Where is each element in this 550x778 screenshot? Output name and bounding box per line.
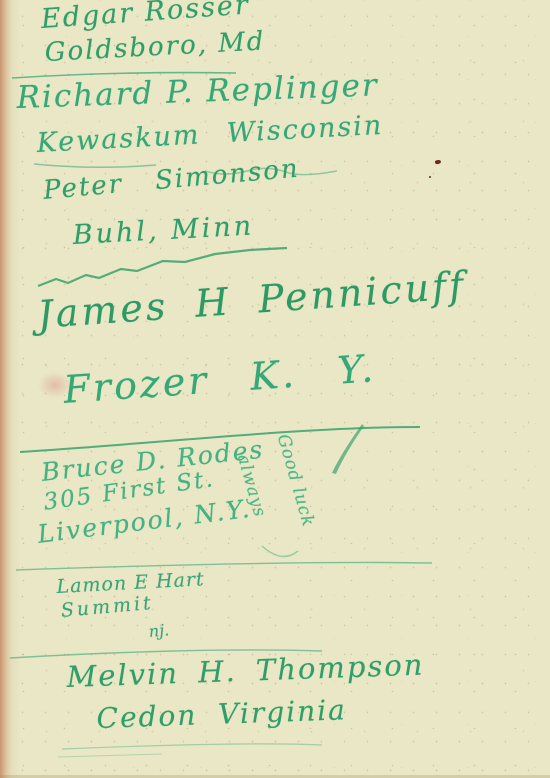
ruled-line-middle [16,562,432,570]
signature-location: Goldsboro, Md [44,26,266,68]
small-ink-fleck [429,176,431,178]
signature-location: Frozer K. Y. [62,346,377,412]
signature-location: Kewaskum Wisconsin [36,110,384,159]
signature-location: Cedon Virginia [96,693,347,735]
signature-name: Richard P. Replinger [16,67,379,116]
signature-name: James H Pennicuff [36,263,468,337]
signature-name: Peter Simonson [42,154,301,206]
signature-note: Good luck [273,432,319,529]
red-ink-fleck [435,159,442,164]
liverpool-tail-flourish [262,546,298,556]
pen-mark [332,424,364,474]
signature-state: nj. [148,620,170,641]
cedon-underline [62,744,322,749]
signature-name: Melvin H. Thompson [66,648,425,694]
bottom-line-remnant [58,754,162,757]
signature-location: Buhl, Minn [72,211,255,251]
left-edge-worn-strip [0,0,11,778]
autograph-page-scan: Edgar Rosser Goldsboro, Md Richard P. Re… [0,0,550,778]
